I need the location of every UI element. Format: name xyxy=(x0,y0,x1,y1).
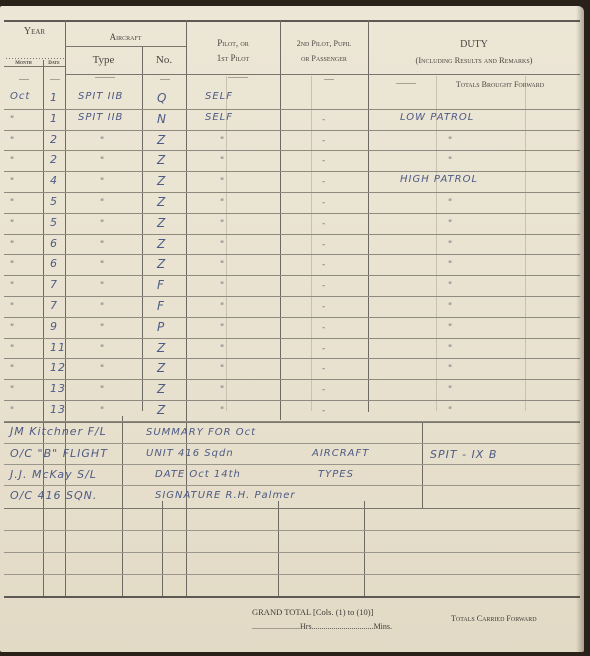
row-date: 6 xyxy=(50,257,58,270)
row-aircraft-type: " xyxy=(100,240,104,250)
row-duty: " xyxy=(448,364,452,374)
totals-carried-forward: Totals Carried Forward xyxy=(451,614,537,623)
row-aircraft-type: " xyxy=(100,177,104,187)
dash: — xyxy=(160,74,170,85)
hours-dots: ........................ xyxy=(252,622,300,631)
row-pilot: " xyxy=(220,260,224,270)
row-month: " xyxy=(10,198,14,208)
row-duty: " xyxy=(448,156,452,166)
row-aircraft-no: Z xyxy=(157,133,166,147)
row-second-pilot: - xyxy=(322,385,325,395)
row-aircraft-type: " xyxy=(100,156,104,166)
table-row: "4"Z"-HIGH PATROL xyxy=(0,171,584,192)
summary-rule-3 xyxy=(4,464,580,465)
row-second-pilot: - xyxy=(322,406,325,416)
summary-rule-4 xyxy=(4,485,580,486)
row-second-pilot: - xyxy=(322,177,325,187)
table-row: "1SPIT IIBNSELF-LOW PATROL xyxy=(0,109,584,130)
row-duty: " xyxy=(448,323,452,333)
row-date: 9 xyxy=(50,320,58,333)
table-row: "11"Z"-" xyxy=(0,338,584,359)
body-rule-3 xyxy=(4,574,580,575)
row-month: " xyxy=(10,136,14,146)
row-duty: " xyxy=(448,281,452,291)
dash: —— xyxy=(228,72,248,83)
year-header: Year xyxy=(4,26,65,39)
row-aircraft-no: Z xyxy=(157,153,166,167)
row-date: 1 xyxy=(50,91,58,104)
row-second-pilot: - xyxy=(322,281,325,291)
aircraft-sub-rule xyxy=(65,46,186,47)
row-pilot: " xyxy=(220,240,224,250)
row-aircraft-type: " xyxy=(100,136,104,146)
row-duty: HIGH PATROL xyxy=(400,174,478,185)
body-rule-2 xyxy=(4,552,580,553)
row-month: " xyxy=(10,177,14,187)
row-pilot: " xyxy=(220,364,224,374)
table-row: "13"Z"-" xyxy=(0,379,584,400)
row-aircraft-type: " xyxy=(100,219,104,229)
row-date: 4 xyxy=(50,174,58,187)
type-header: Type xyxy=(65,54,142,68)
row-aircraft-type: " xyxy=(100,364,104,374)
types-label: TYPES xyxy=(318,469,354,480)
dash: — xyxy=(324,74,334,85)
row-aircraft-no: F xyxy=(157,299,165,313)
row-aircraft-type: " xyxy=(100,385,104,395)
row-pilot: SELF xyxy=(205,91,233,102)
logbook-page: Year Month Date Aircraft Type No. Pilot,… xyxy=(0,6,584,652)
row-second-pilot: - xyxy=(322,323,325,333)
hours-label: Hrs xyxy=(300,622,312,631)
row-second-pilot: - xyxy=(322,156,325,166)
row-second-pilot: - xyxy=(322,219,325,229)
row-aircraft-no: Z xyxy=(157,341,166,355)
row-aircraft-type: " xyxy=(100,302,104,312)
aircraft-type-summary: SPIT - IX B xyxy=(430,448,497,461)
row-second-pilot: - xyxy=(322,302,325,312)
row-date: 5 xyxy=(50,216,58,229)
row-aircraft-no: Z xyxy=(157,361,166,375)
row-pilot: " xyxy=(220,344,224,354)
table-row: "12"Z"-" xyxy=(0,358,584,379)
row-aircraft-type: " xyxy=(100,344,104,354)
row-duty: " xyxy=(448,136,452,146)
no-header: No. xyxy=(142,54,186,68)
row-pilot: " xyxy=(220,302,224,312)
row-duty: " xyxy=(448,260,452,270)
row-aircraft-no: Z xyxy=(157,237,166,251)
mins-dots: ............................... xyxy=(312,622,374,631)
mins-label: Mins. xyxy=(374,622,392,631)
summary-date: DATE Oct 14th xyxy=(155,469,241,480)
table-row: "13"Z"-" xyxy=(0,400,584,421)
table-row: Oct1SPIT IIBQSELF xyxy=(0,88,584,109)
table-row: "6"Z"-" xyxy=(0,234,584,255)
row-aircraft-no: Z xyxy=(157,216,166,230)
row-month: Oct xyxy=(10,91,30,102)
row-aircraft-type: " xyxy=(100,281,104,291)
header-bottom-rule xyxy=(65,74,580,75)
row-aircraft-type: " xyxy=(100,260,104,270)
row-month: " xyxy=(10,406,14,416)
summary-signature: SIGNATURE R.H. Palmer xyxy=(155,490,295,501)
row-second-pilot: - xyxy=(322,344,325,354)
table-row: "2"Z"-" xyxy=(0,150,584,171)
row-aircraft-no: Z xyxy=(157,257,166,271)
row-duty: " xyxy=(448,198,452,208)
table-row: "2"Z"-" xyxy=(0,130,584,151)
row-pilot: " xyxy=(220,136,224,146)
row-second-pilot: - xyxy=(322,198,325,208)
row-duty: LOW PATROL xyxy=(400,112,474,123)
row-duty: " xyxy=(448,344,452,354)
row-date: 2 xyxy=(50,153,58,166)
summary-rule-2 xyxy=(4,443,580,444)
row-second-pilot: - xyxy=(322,136,325,146)
dash: — xyxy=(50,74,60,85)
grand-total-label: GRAND TOTAL [Cols. (1) to (10)] xyxy=(252,607,373,617)
page-edge-shadow xyxy=(576,6,584,652)
table-row: "9"P"-" xyxy=(0,317,584,338)
table-row: "7"F"-" xyxy=(0,296,584,317)
row-month: " xyxy=(10,115,14,125)
flight-label: O/C "B" FLIGHT xyxy=(10,447,108,460)
row-aircraft-type: SPIT IIB xyxy=(78,112,123,123)
row-date: 7 xyxy=(50,299,58,312)
row-pilot: " xyxy=(220,281,224,291)
row-date: 2 xyxy=(50,133,58,146)
second-pilot-header-2: or Passenger xyxy=(280,54,368,64)
duty-subheader: (Including Results and Remarks) xyxy=(368,55,580,66)
year-dotted-rule xyxy=(6,58,65,59)
row-date: 12 xyxy=(50,361,66,374)
row-month: " xyxy=(10,260,14,270)
row-month: " xyxy=(10,156,14,166)
row-pilot: " xyxy=(220,219,224,229)
row-aircraft-no: Q xyxy=(157,91,167,105)
row-aircraft-type: SPIT IIB xyxy=(78,91,123,102)
grand-total-hours: ........................Hrs.............… xyxy=(252,622,392,631)
row-date: 13 xyxy=(50,403,66,416)
row-pilot: " xyxy=(220,156,224,166)
row-month: " xyxy=(10,281,14,291)
second-pilot-header-1: 2nd Pilot, Pupil xyxy=(280,39,368,49)
row-pilot: SELF xyxy=(205,112,233,123)
row-aircraft-no: Z xyxy=(157,382,166,396)
row-month: " xyxy=(10,344,14,354)
row-pilot: " xyxy=(220,198,224,208)
row-aircraft-no: Z xyxy=(157,174,166,188)
pilot-header-2: 1st Pilot xyxy=(186,53,280,64)
summary-bottom-rule xyxy=(4,508,580,509)
pilot-header-1: Pilot, or xyxy=(186,38,280,49)
table-row: "5"Z"-" xyxy=(0,213,584,234)
row-date: 7 xyxy=(50,278,58,291)
row-duty: " xyxy=(448,302,452,312)
row-aircraft-no: Z xyxy=(157,403,166,417)
row-second-pilot: - xyxy=(322,115,325,125)
table-row: "7"F"-" xyxy=(0,275,584,296)
month-header: Month xyxy=(4,61,43,67)
table-row: "6"Z"-" xyxy=(0,254,584,275)
row-pilot: " xyxy=(220,406,224,416)
col-line-bottom-2 xyxy=(162,501,163,596)
duty-header: DUTY xyxy=(368,39,580,52)
col-line-bottom-3 xyxy=(278,501,279,596)
col-line-summary-box xyxy=(422,422,423,508)
row-aircraft-no: N xyxy=(157,112,167,126)
row-date: 6 xyxy=(50,237,58,250)
row-pilot: " xyxy=(220,323,224,333)
flight-commander-signature: JM Kitchner F/L xyxy=(10,425,107,438)
aircraft-header: Aircraft xyxy=(65,32,186,43)
summary-unit: UNIT 416 Sqdn xyxy=(146,448,234,459)
date-header: Date xyxy=(43,61,65,67)
row-aircraft-no: P xyxy=(157,320,165,334)
row-aircraft-no: F xyxy=(157,278,165,292)
row-second-pilot: - xyxy=(322,364,325,374)
row-date: 5 xyxy=(50,195,58,208)
row-month: " xyxy=(10,323,14,333)
row-month: " xyxy=(10,364,14,374)
table-bottom-rule xyxy=(4,596,580,598)
row-duty: " xyxy=(448,240,452,250)
row-duty: " xyxy=(448,385,452,395)
row-month: " xyxy=(10,302,14,312)
row-pilot: " xyxy=(220,385,224,395)
col-line-bottom-4 xyxy=(364,501,365,596)
dash: — xyxy=(19,74,29,85)
row-duty: " xyxy=(448,406,452,416)
summary-top-rule xyxy=(4,422,580,423)
squadron-leader-signature: J.J. McKay S/L xyxy=(10,468,97,481)
row-date: 11 xyxy=(50,341,66,354)
row-pilot: " xyxy=(220,177,224,187)
row-aircraft-no: Z xyxy=(157,195,166,209)
row-second-pilot: - xyxy=(322,260,325,270)
dash: —— xyxy=(95,72,115,83)
row-date: 13 xyxy=(50,382,66,395)
body-rule-1 xyxy=(4,530,580,531)
top-rule xyxy=(4,20,580,22)
row-aircraft-type: " xyxy=(100,406,104,416)
row-second-pilot: - xyxy=(322,240,325,250)
summary-for: SUMMARY FOR Oct xyxy=(146,427,256,438)
row-date: 1 xyxy=(50,112,58,125)
row-aircraft-type: " xyxy=(100,198,104,208)
row-month: " xyxy=(10,219,14,229)
row-aircraft-type: " xyxy=(100,323,104,333)
squadron-label: O/C 416 SQN. xyxy=(10,489,97,502)
aircraft-label: AIRCRAFT xyxy=(312,448,369,459)
table-row: "5"Z"-" xyxy=(0,192,584,213)
row-month: " xyxy=(10,385,14,395)
row-month: " xyxy=(10,240,14,250)
row-duty: " xyxy=(448,219,452,229)
